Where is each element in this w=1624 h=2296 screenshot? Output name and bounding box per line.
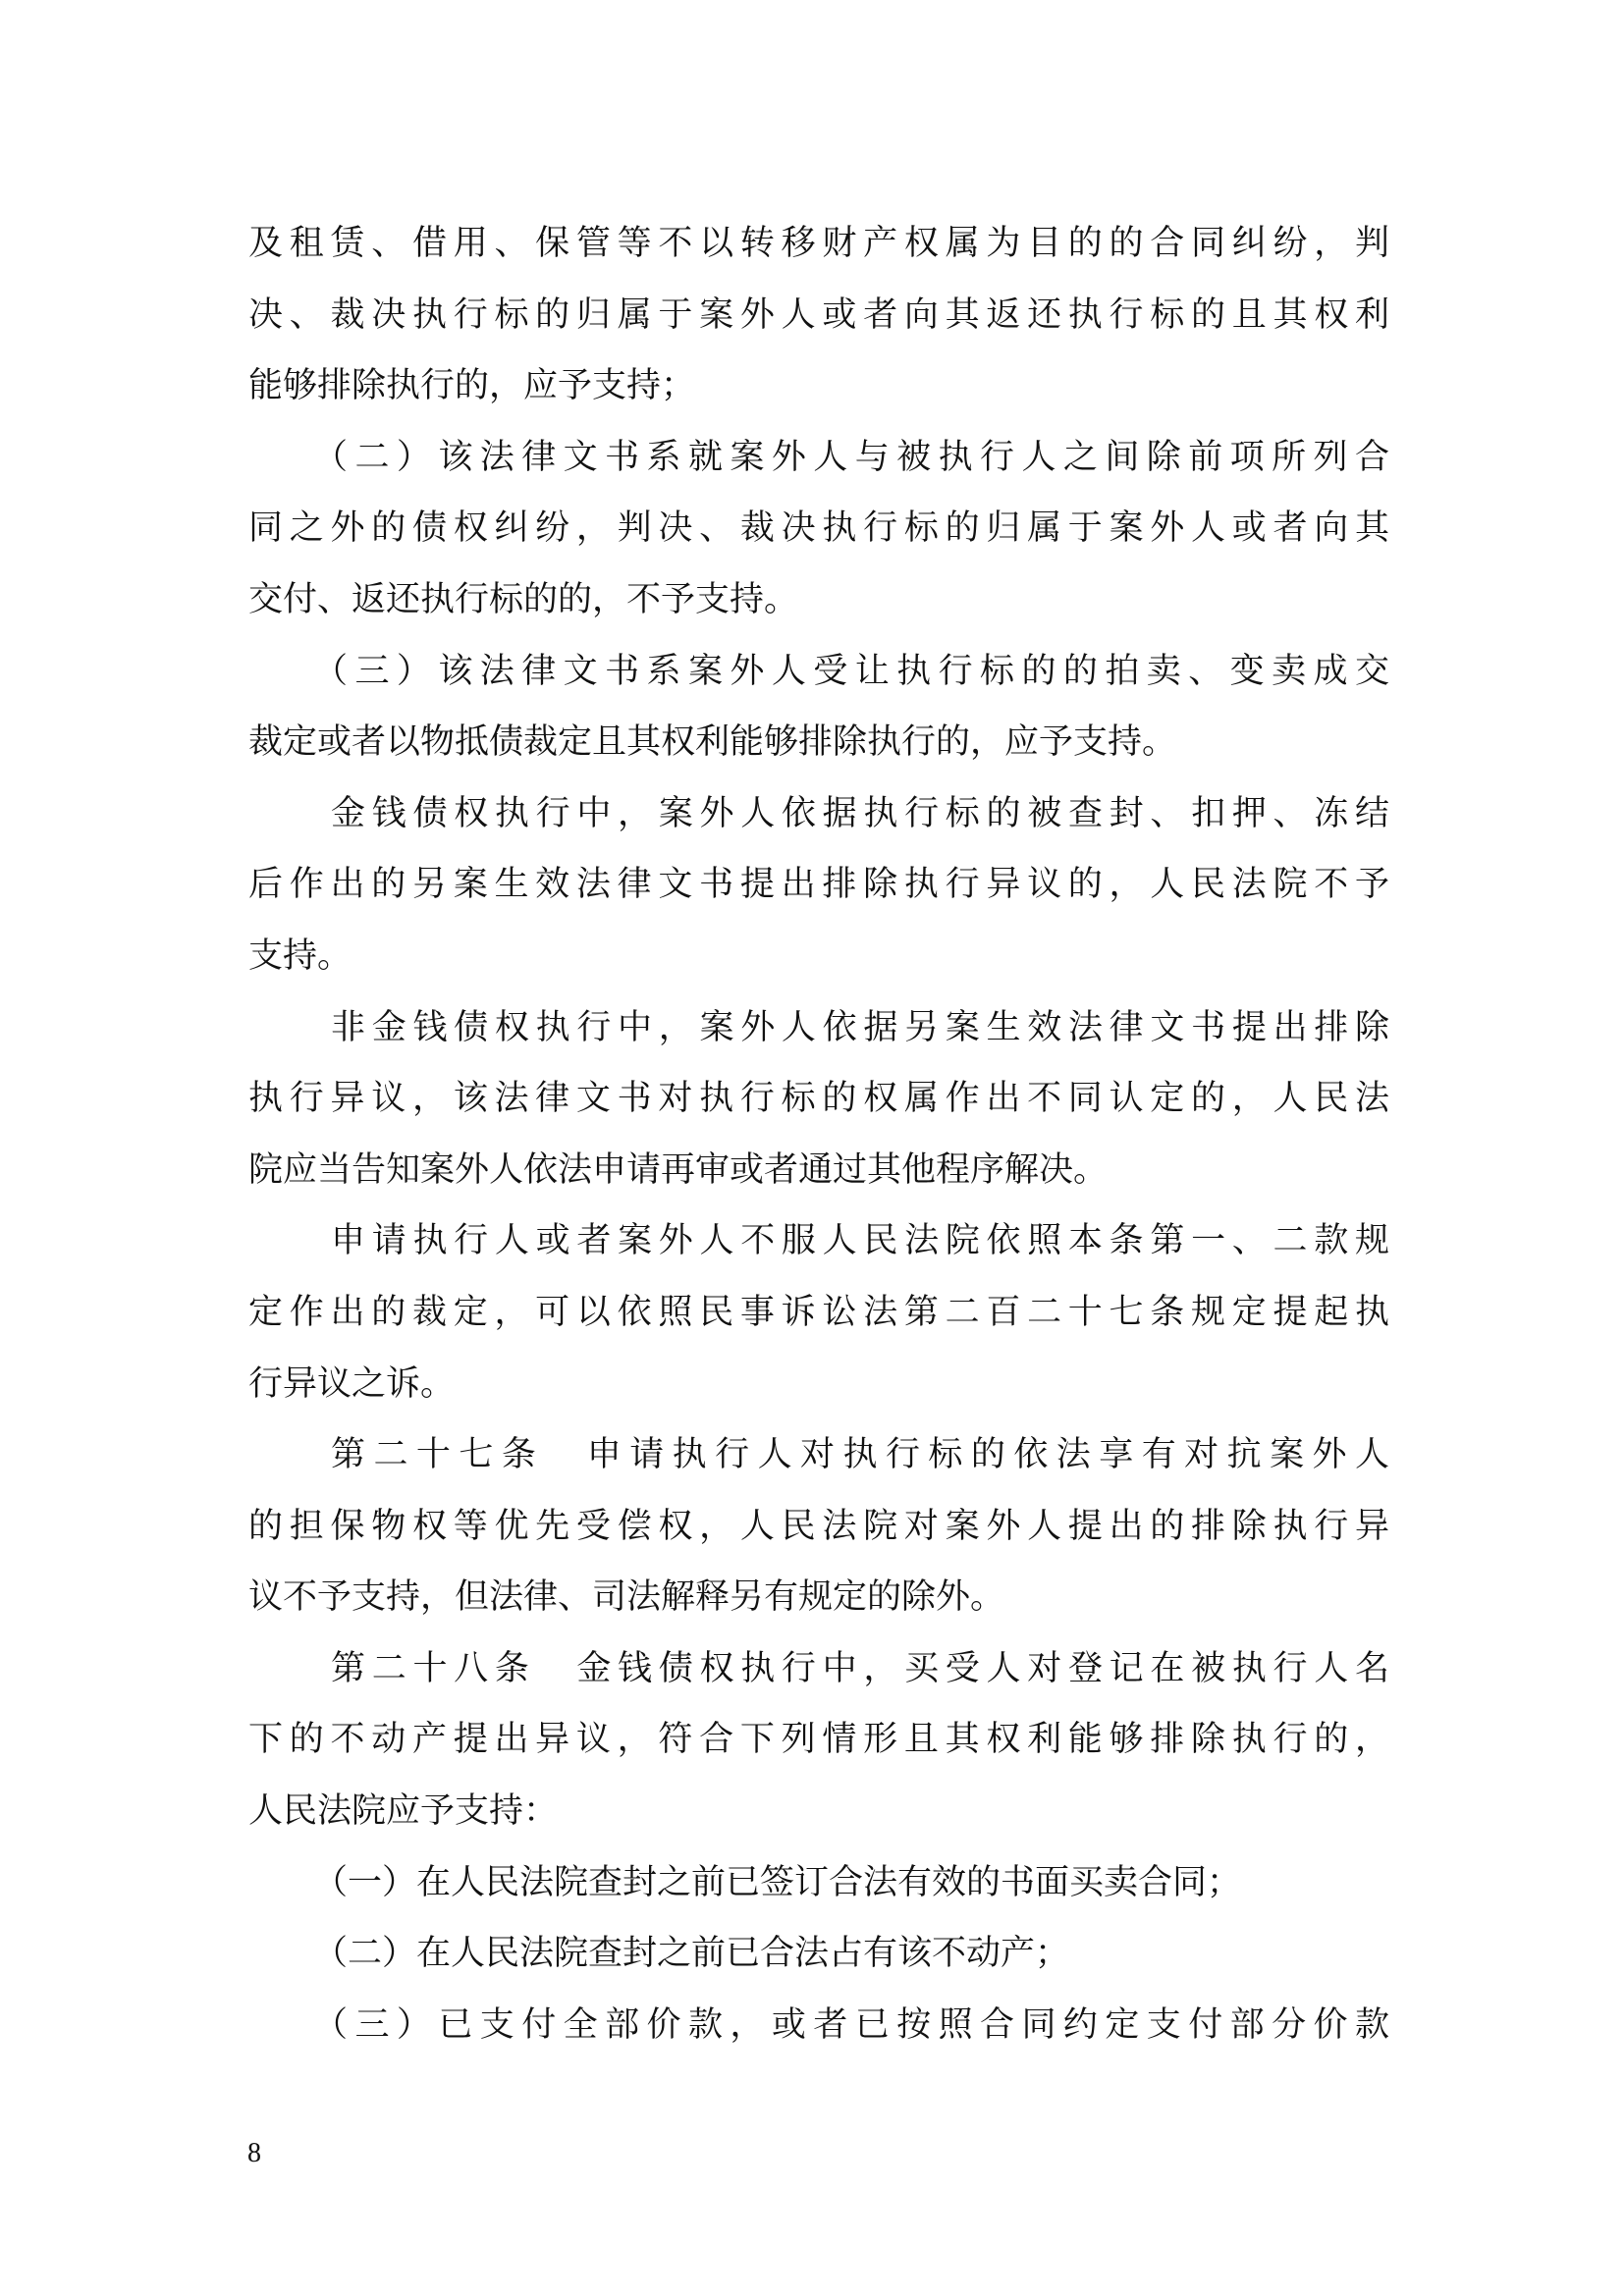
text-line: 院应当告知案外人依法申请再审或者通过其他程序解决。	[248, 1135, 1389, 1206]
text-line: 人民法院应予支持：	[248, 1776, 1389, 1847]
text-line: 第二十八条 金钱债权执行中，买受人对登记在被执行人名	[248, 1633, 1389, 1705]
document-page: 及租赁、借用、保管等不以转移财产权属为目的的合同纠纷，判 决、裁决执行标的归属于…	[248, 208, 1389, 2060]
paragraph-money-claim: 金钱债权执行中，案外人依据执行标的被查封、扣押、冻结 后作出的另案生效法律文书提…	[248, 778, 1389, 992]
text-line: （三）已支付全部价款，或者已按照合同约定支付部分价款	[248, 1990, 1389, 2061]
text-line: 能够排除执行的，应予支持；	[248, 350, 1389, 422]
paragraph-continued: 及租赁、借用、保管等不以转移财产权属为目的的合同纠纷，判 决、裁决执行标的归属于…	[248, 208, 1389, 422]
text-line: 交付、返还执行标的的，不予支持。	[248, 564, 1389, 636]
text-line: （二）在人民法院查封之前已合法占有该不动产；	[248, 1918, 1389, 1990]
text-line: 非金钱债权执行中，案外人依据另案生效法律文书提出排除	[248, 992, 1389, 1064]
text-line: 议不予支持，但法律、司法解释另有规定的除外。	[248, 1562, 1389, 1633]
article-28-item-2: （二）在人民法院查封之前已合法占有该不动产；	[248, 1918, 1389, 1990]
paragraph-item-3: （三）该法律文书系案外人受让执行标的的拍卖、变卖成交 裁定或者以物抵债裁定且其权…	[248, 636, 1389, 778]
text-line: 申请执行人或者案外人不服人民法院依照本条第一、二款规	[248, 1205, 1389, 1277]
text-line: 同之外的债权纠纷，判决、裁决执行标的归属于案外人或者向其	[248, 493, 1389, 564]
text-line: 后作出的另案生效法律文书提出排除执行异议的，人民法院不予	[248, 849, 1389, 921]
paragraph-item-2: （二）该法律文书系就案外人与被执行人之间除前项所列合 同之外的债权纠纷，判决、裁…	[248, 422, 1389, 636]
article-28-item-3: （三）已支付全部价款，或者已按照合同约定支付部分价款	[248, 1990, 1389, 2061]
text-line: 第二十七条 申请执行人对执行标的依法享有对抗案外人	[248, 1419, 1389, 1491]
text-line: 裁定或者以物抵债裁定且其权利能够排除执行的，应予支持。	[248, 707, 1389, 778]
text-line: 金钱债权执行中，案外人依据执行标的被查封、扣押、冻结	[248, 778, 1389, 850]
text-line: 行异议之诉。	[248, 1349, 1389, 1420]
text-line: 决、裁决执行标的归属于案外人或者向其返还执行标的且其权利	[248, 280, 1389, 351]
text-line: 执行异议，该法律文书对执行标的权属作出不同认定的，人民法	[248, 1063, 1389, 1135]
paragraph-appeal: 申请执行人或者案外人不服人民法院依照本条第一、二款规 定作出的裁定，可以依照民事…	[248, 1205, 1389, 1419]
text-line: 及租赁、借用、保管等不以转移财产权属为目的的合同纠纷，判	[248, 208, 1389, 280]
page-number: 8	[247, 2138, 261, 2169]
article-27: 第二十七条 申请执行人对执行标的依法享有对抗案外人 的担保物权等优先受偿权，人民…	[248, 1419, 1389, 1633]
text-line: 定作出的裁定，可以依照民事诉讼法第二百二十七条规定提起执	[248, 1277, 1389, 1349]
paragraph-non-money-claim: 非金钱债权执行中，案外人依据另案生效法律文书提出排除 执行异议，该法律文书对执行…	[248, 992, 1389, 1206]
article-28: 第二十八条 金钱债权执行中，买受人对登记在被执行人名 下的不动产提出异议，符合下…	[248, 1633, 1389, 1847]
text-line: 下的不动产提出异议，符合下列情形且其权利能够排除执行的，	[248, 1704, 1389, 1776]
text-line: （三）该法律文书系案外人受让执行标的的拍卖、变卖成交	[248, 636, 1389, 708]
text-line: 的担保物权等优先受偿权，人民法院对案外人提出的排除执行异	[248, 1491, 1389, 1563]
text-line: 支持。	[248, 921, 1389, 992]
text-line: （二）该法律文书系就案外人与被执行人之间除前项所列合	[248, 422, 1389, 494]
text-line: （一）在人民法院查封之前已签订合法有效的书面买卖合同；	[248, 1847, 1389, 1919]
article-28-item-1: （一）在人民法院查封之前已签订合法有效的书面买卖合同；	[248, 1847, 1389, 1919]
